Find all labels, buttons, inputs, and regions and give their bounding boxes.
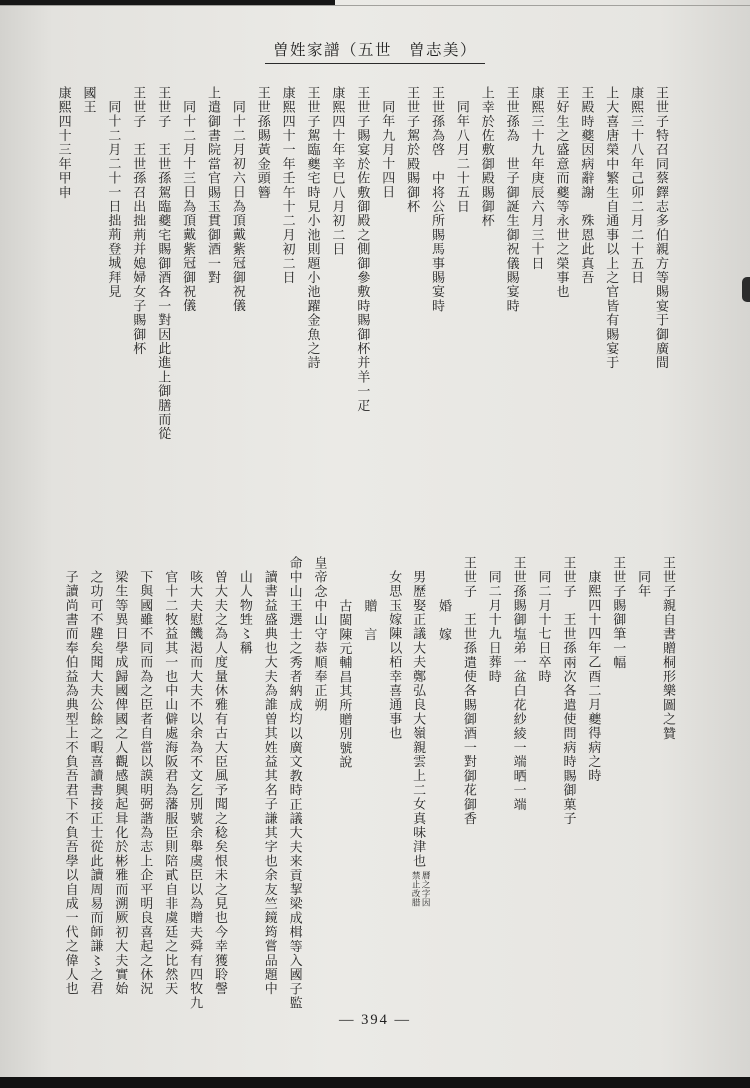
text-column: 康熙四十三年甲申 <box>51 86 76 478</box>
text-column: 山人物甡〻稱 <box>232 556 257 1018</box>
inline-annotation: 曆之字因禁止改腊 <box>411 871 431 907</box>
scan-artifact-right-blob <box>742 277 750 302</box>
text-column: 婚 嫁 <box>431 556 456 1018</box>
text-column: 國王 <box>76 86 101 478</box>
text-column: 王世子 王世孫召出拙荊并媳婦女子賜御杯 <box>125 86 150 478</box>
text-column: 贈 言 <box>356 556 381 1018</box>
text-column: 康熙三十八年己卯二月二十五日 <box>623 86 648 478</box>
text-column: 讀書益盛典也大夫為誰曽其姓益其名子謙其字也余友竺鏡筠嘗品題中 <box>257 556 282 1018</box>
text-column: 同十二月二十一日拙荊登城拜見 <box>101 86 126 478</box>
text-column: 王世子賜宴於佐敷御殿之側御參敷時賜御杯并羊一疋 <box>349 86 374 478</box>
text-column: 官十二牧益其一也中山僻處海阪君為藩服臣則陪貳自非虞廷之比然天 <box>157 556 182 1018</box>
text-column: 上大喜唐榮中繁生自通事以上之官皆有賜宴于 <box>598 86 623 478</box>
text-column: 王世子駕於殿賜御杯 <box>399 86 424 478</box>
text-column: 王世子賜御筆一幅 <box>605 556 630 1018</box>
genealogy-entries-bottom-block: 王世子親自書贈桐形樂圖之贊同年王世子賜御筆一幅康熙四十四年乙酉二月夔得病之時王世… <box>58 556 680 1018</box>
page-header: 曽姓家譜（五世 曽志美） <box>0 38 750 64</box>
text-column: 王世孫賜御塩弟一盆白花紗綾一端晒一端 <box>506 556 531 1018</box>
text-column: 同二月十九日葬時 <box>481 556 506 1018</box>
scan-artifact-bottom-strip <box>0 1077 750 1088</box>
text-column: 曽大夫之為人度量休雅有古大臣風予聞之稔矣恨未之見也今幸獲聆謦 <box>207 556 232 1018</box>
text-column: 同年 <box>630 556 655 1018</box>
text-column: 下與國雖不同而為之臣者自當以謨明弼諧為志上企平明良喜起之休況 <box>132 556 157 1018</box>
text-column: 命中山王選士之秀者納成均以廣文教時正議大夫来貢挈梁成楫等入國子監 <box>282 556 307 1018</box>
text-column: 之功可不韙矣聞大夫公餘之暇喜讀書接正士從此讀周易而師謙〻之君 <box>83 556 108 1018</box>
text-column: 王世孫為啓 中将公所賜馬事賜宴時 <box>424 86 449 478</box>
page-number: — 394 — <box>0 1012 750 1029</box>
text-column: 王世子 王世孫駕臨夔宅賜御酒各一對因此進上御膳而從 <box>150 86 175 478</box>
text-column: 同十二月十三日為頂戴紫冠御祝儀 <box>175 86 200 478</box>
text-column: 子讀尚書而奉伯益為典型上不負吾君下不負吾學以自成一代之偉人也 <box>58 556 83 1018</box>
text-column: 男歷娶正議大夫鄭弘良大嶺親雲上二女真味津也曆之字因禁止改腊 <box>406 556 431 1018</box>
text-column: 同年九月十四日 <box>374 86 399 478</box>
text-column: 王世子駕臨夔宅時見小池則題小池躍金魚之詩 <box>300 86 325 478</box>
text-column: 康熙四十四年乙酉二月夔得病之時 <box>580 556 605 1018</box>
scanned-genealogy-page: 曽姓家譜（五世 曽志美） 王世子特召同蔡鐸志多伯親方等賜宴于御廣間康熙三十八年己… <box>0 0 750 1088</box>
text-column: 王好生之盛意而夔等永世之榮事也 <box>549 86 574 478</box>
text-column: 上遣御書院當官賜玉貫御酒一對 <box>200 86 225 478</box>
text-column: 康熙四十年辛巳八月初二日 <box>325 86 350 478</box>
text-column: 王世孫賜黃金頭簪 <box>250 86 275 478</box>
text-column: 王世孫為 世子御誕生御祝儀賜宴時 <box>499 86 524 478</box>
genealogy-entries-top-block: 王世子特召同蔡鐸志多伯親方等賜宴于御廣間康熙三十八年己卯二月二十五日上大喜唐榮中… <box>51 86 673 478</box>
text-column: 康熙三十九年庚辰六月三十日 <box>524 86 549 478</box>
text-column: 王世子特召同蔡鐸志多伯親方等賜宴于御廣間 <box>648 86 673 478</box>
text-column: 女思玉嫁陳以栢幸喜通事也 <box>381 556 406 1018</box>
text-column: 梁生等異日學成歸國俾國之人觀感興起咠化於彬雅而溯厥初大夫實始 <box>108 556 133 1018</box>
text-column: 康熙四十一年壬午十二月初二日 <box>275 86 300 478</box>
page-title: 曽姓家譜（五世 曽志美） <box>265 38 485 64</box>
text-column: 同二月十七日卒時 <box>531 556 556 1018</box>
text-column: 王殿時夔因病辭謝 殊恩此真吾 <box>573 86 598 478</box>
scan-artifact-top-line <box>0 5 750 6</box>
text-column: 同十二月初六日為頂戴紫冠御祝儀 <box>225 86 250 478</box>
text-column: 古閩陳元輔昌其所贈別號說 <box>332 556 357 1018</box>
text-column: 上幸於佐敷御殿賜御杯 <box>474 86 499 478</box>
text-column: 皇帝念中山守恭順奉正朔 <box>307 556 332 1018</box>
text-column: 王世子親自書贈桐形樂圖之贊 <box>655 556 680 1018</box>
text-column: 同年八月二十五日 <box>449 86 474 478</box>
text-column: 王世子 王世孫兩次各遣使問病時賜御菓子 <box>556 556 581 1018</box>
text-column: 咳大夫慰饑渇而大夫不以余為不文乞別號余舉虞臣以為贈夫舜有四牧九 <box>182 556 207 1018</box>
text-column: 王世子 王世孫遣使各賜御酒一對御花御香 <box>456 556 481 1018</box>
